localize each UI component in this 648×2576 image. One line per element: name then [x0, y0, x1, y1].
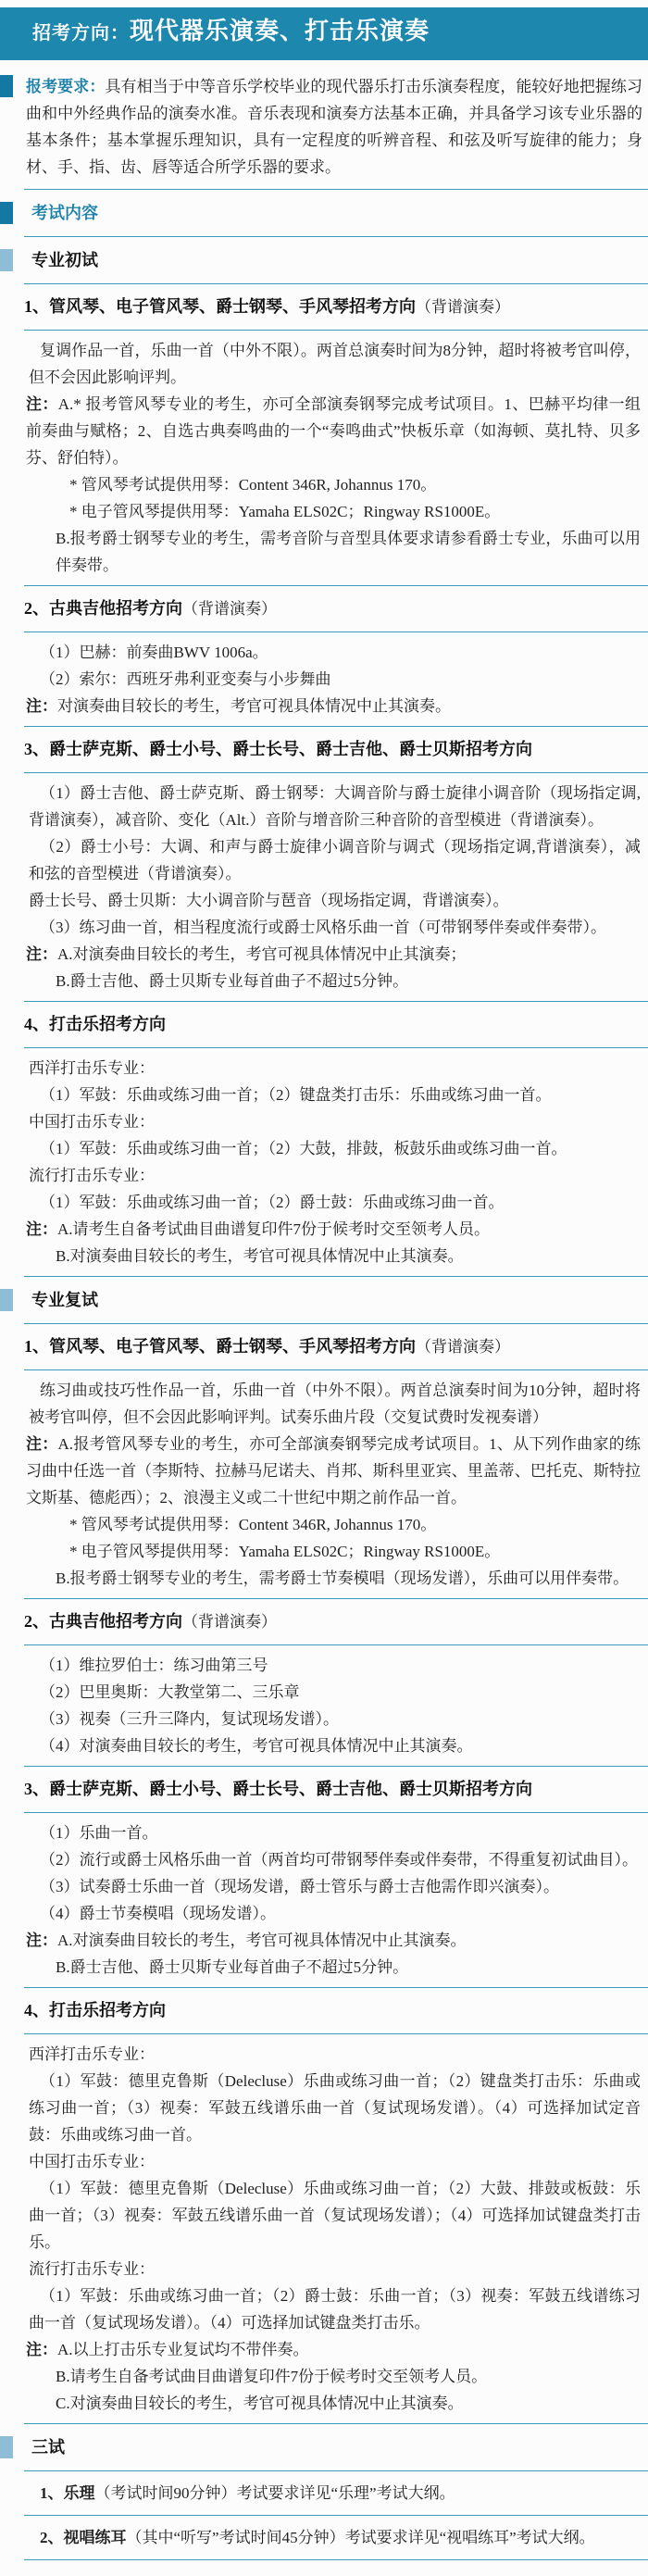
- doc-paragraph: B.请考生自备考试曲目曲谱复印件7份于候考时交至领考人员。: [24, 2363, 648, 2390]
- subsection-header: 专业复试: [24, 1283, 648, 1317]
- document-content: 报考要求：具有相当于中等音乐学校毕业的现代器乐打击乐演奏程度，能较好地把握练习曲…: [24, 60, 648, 2560]
- doc-paragraph-text: * 电子管风琴提供用琴：Yamaha ELS02C；Ringway RS1000…: [69, 503, 500, 520]
- doc-paragraph: * 管风琴考试提供用琴：Content 346R, Johannus 170。: [24, 1511, 648, 1538]
- doc-paragraph-text: B.报考爵士钢琴专业的考生，需考音阶与音型具体要求请参看爵士专业，乐曲可以用伴奏…: [56, 530, 641, 574]
- doc-paragraph-text: （1）维拉罗伯士：练习曲第三号: [40, 1657, 268, 1674]
- doc-paragraph-text: * 管风琴考试提供用琴：Content 346R, Johannus 170。: [69, 476, 436, 494]
- section-label: 专业初试: [31, 251, 98, 269]
- doc-paragraph: （3）视奏（三升三降内，复试现场发谱）。: [24, 1706, 648, 1732]
- exam-item-title: 2、视唱练耳: [40, 2529, 127, 2546]
- doc-paragraph: 注：A.请考生自备考试曲目曲谱复印件7份于候考时交至领考人员。: [24, 1216, 648, 1243]
- doc-paragraph: （3）练习曲一首，相当程度流行或爵士风格乐曲一首（可带钢琴伴奏或伴奏带）。: [24, 914, 648, 941]
- numbered-heading: 4、打击乐招考方向: [24, 1008, 648, 1041]
- doc-paragraph-text: * 电子管风琴提供用琴：Yamaha ELS02C；Ringway RS1000…: [69, 1543, 500, 1560]
- numbered-heading: 2、古典吉他招考方向（背谱演奏）: [24, 1606, 648, 1638]
- doc-paragraph-text: （1）军鼓：乐曲或练习曲一首；（2）键盘类打击乐：乐曲或练习曲一首。: [40, 1086, 552, 1104]
- doc-paragraph-text: （4）爵士节奏模唱（现场发谱）。: [40, 1905, 276, 1922]
- doc-paragraph-text: 中国打击乐专业：: [29, 2153, 155, 2170]
- doc-paragraph: （1）军鼓：乐曲或练习曲一首；（2）大鼓，排鼓，板鼓乐曲或练习曲一首。: [24, 1135, 648, 1162]
- doc-paragraph: C.对演奏曲目较长的考生，考官可视具体情况中止其演奏。: [24, 2390, 648, 2417]
- page-title-label: 招考方向：: [32, 23, 130, 44]
- section-divider: [24, 1276, 648, 1277]
- numbered-heading-title: 1、管风琴、电子管风琴、爵士钢琴、手风琴招考方向: [24, 1337, 416, 1356]
- note-label: 注：: [26, 945, 57, 963]
- note-label: 注：: [26, 697, 57, 715]
- numbered-heading-title: 1、管风琴、电子管风琴、爵士钢琴、手风琴招考方向: [24, 297, 416, 316]
- section-divider: [24, 330, 648, 331]
- doc-paragraph-text: （2）索尔：西班牙弗利亚变奏与小步舞曲: [40, 670, 331, 688]
- doc-paragraph-text: （1）巴赫：前奏曲BWV 1006a。: [40, 644, 268, 661]
- numbered-heading-title: 4、打击乐招考方向: [24, 1015, 166, 1033]
- doc-paragraph: B.爵士吉他、爵士贝斯专业每首曲子不超过5分钟。: [24, 1954, 648, 1981]
- doc-paragraph: （2）爵士小号：大调、和声与爵士旋律小调音阶与调式（现场指定调,背谱演奏），减和…: [24, 833, 648, 887]
- numbered-heading-suffix: （背谱演奏）: [182, 1613, 277, 1631]
- requirements-text: 具有相当于中等音乐学校毕业的现代器乐打击乐演奏程度，能较好地把握练习曲和中外经典…: [26, 78, 642, 176]
- doc-paragraph: （1）巴赫：前奏曲BWV 1006a。: [24, 639, 648, 666]
- page-header: 招考方向：现代器乐演奏、打击乐演奏: [0, 7, 648, 60]
- section-divider: [24, 1369, 648, 1370]
- doc-paragraph-text: （3）视奏（三升三降内，复试现场发谱）。: [40, 1710, 339, 1728]
- doc-paragraph-text: B.爵士吉他、爵士贝斯专业每首曲子不超过5分钟。: [56, 1958, 408, 1976]
- document-page: 招考方向：现代器乐演奏、打击乐演奏 报考要求：具有相当于中等音乐学校毕业的现代器…: [0, 7, 648, 2576]
- doc-paragraph: 注：A.报考管风琴专业的考生，亦可全部演奏钢琴完成考试项目。1、从下列作曲家的练…: [24, 1431, 648, 1511]
- numbered-heading-title: 3、爵士萨克斯、爵士小号、爵士长号、爵士吉他、爵士贝斯招考方向: [24, 740, 532, 758]
- doc-paragraph-text: 中国打击乐专业：: [29, 1113, 155, 1131]
- doc-paragraph: 复调作品一首，乐曲一首（中外不限）。两首总演奏时间为8分钟，超时将被考官叫停，但…: [24, 337, 648, 391]
- doc-paragraph: 爵士长号、爵士贝斯：大小调音阶与琶音（现场指定调，背谱演奏）。: [24, 887, 648, 914]
- doc-paragraph: 练习曲或技巧性作品一首，乐曲一首（中外不限）。两首总演奏时间为10分钟，超时将被…: [24, 1377, 648, 1431]
- numbered-heading-title: 2、古典吉他招考方向: [24, 1612, 182, 1631]
- section-divider: [24, 236, 648, 237]
- doc-paragraph-text: （2）巴里奥斯：大教堂第二、三乐章: [40, 1683, 300, 1701]
- doc-paragraph-text: A.以上打击乐专业复试均不带伴奏。: [57, 2341, 309, 2358]
- exam-item-text: （其中“听写”考试时间45分钟）考试要求详见“视唱练耳”考试大纲。: [127, 2529, 595, 2546]
- doc-paragraph-text: B.对演奏曲目较长的考生，考官可视具体情况中止其演奏。: [56, 1247, 464, 1265]
- note-label: 注：: [26, 1932, 57, 1949]
- doc-paragraph: 西洋打击乐专业：: [24, 1055, 648, 1082]
- doc-paragraph-text: B.请考生自备考试曲目曲谱复印件7份于候考时交至领考人员。: [56, 2368, 487, 2385]
- subsection-header: 专业初试: [24, 244, 648, 277]
- numbered-heading: 4、打击乐招考方向: [24, 1995, 648, 2027]
- doc-paragraph-text: （1）军鼓：乐曲或练习曲一首；（2）爵士鼓：乐曲一首；（3）视奏：军鼓五线谱练习…: [29, 2287, 641, 2332]
- numbered-heading: 1、管风琴、电子管风琴、爵士钢琴、手风琴招考方向（背谱演奏）: [24, 1331, 648, 1363]
- doc-paragraph-text: 西洋打击乐专业：: [29, 1059, 155, 1077]
- numbered-heading: 3、爵士萨克斯、爵士小号、爵士长号、爵士吉他、爵士贝斯招考方向: [24, 1773, 648, 1806]
- note-label: 注：: [26, 1435, 58, 1453]
- doc-paragraph-text: A.对演奏曲目较长的考生，考官可视具体情况中止其演奏。: [57, 1932, 467, 1949]
- section-label: 专业复试: [31, 1291, 98, 1309]
- doc-paragraph-text: （2）爵士小号：大调、和声与爵士旋律小调音阶与调式（现场指定调,背谱演奏），减和…: [29, 838, 641, 882]
- note-label: 注：: [26, 395, 58, 413]
- doc-paragraph-text: 对演奏曲目较长的考生，考官可视具体情况中止其演奏。: [57, 697, 451, 715]
- section-divider: [24, 2033, 648, 2034]
- doc-paragraph: （2）流行或爵士风格乐曲一首（两首均可带钢琴伴奏或伴奏带，不得重复初试曲目）。: [24, 1846, 648, 1873]
- section-divider: [24, 585, 648, 586]
- numbered-heading: 3、爵士萨克斯、爵士小号、爵士长号、爵士吉他、爵士贝斯招考方向: [24, 733, 648, 766]
- doc-paragraph-text: 流行打击乐专业：: [29, 2260, 155, 2278]
- doc-paragraph-text: （1）军鼓：德里克鲁斯（Delecluse）乐曲或练习曲一首；（2）大鼓、排鼓或…: [29, 2180, 641, 2251]
- numbered-heading-suffix: （背谱演奏）: [416, 1338, 510, 1356]
- doc-paragraph: （4）对演奏曲目较长的考生，考官可视具体情况中止其演奏。: [24, 1732, 648, 1759]
- exam-item-title: 1、乐理: [40, 2484, 95, 2502]
- doc-paragraph-text: 练习曲或技巧性作品一首，乐曲一首（中外不限）。两首总演奏时间为10分钟，超时将被…: [29, 1382, 641, 1426]
- section-divider: [24, 1598, 648, 1599]
- doc-paragraph: （1）乐曲一首。: [24, 1819, 648, 1846]
- doc-paragraph-text: A.请考生自备考试曲目曲谱复印件7份于候考时交至领考人员。: [57, 1220, 490, 1238]
- doc-paragraph-text: B.爵士吉他、爵士贝斯专业每首曲子不超过5分钟。: [56, 972, 408, 990]
- doc-paragraph: （1）军鼓：德里克鲁斯（Delecluse）乐曲或练习曲一首；（2）大鼓、排鼓或…: [24, 2175, 648, 2256]
- requirements-block: 报考要求：具有相当于中等音乐学校毕业的现代器乐打击乐演奏程度，能较好地把握练习曲…: [24, 71, 648, 182]
- section-divider: [24, 1987, 648, 1988]
- doc-paragraph-text: （1）军鼓：德里克鲁斯（Delecluse）乐曲或练习曲一首；（2）键盘类打击乐…: [29, 2072, 641, 2144]
- section-divider: [24, 1644, 648, 1645]
- section-bullet-icon: [0, 75, 13, 97]
- section-divider: [24, 2515, 648, 2516]
- numbered-heading-suffix: （背谱演奏）: [416, 298, 510, 316]
- doc-paragraph-text: A.报考管风琴专业的考生，亦可全部演奏钢琴完成考试项目。1、从下列作曲家的练习曲…: [26, 1435, 641, 1507]
- doc-paragraph: B.对演奏曲目较长的考生，考官可视具体情况中止其演奏。: [24, 1243, 648, 1269]
- doc-paragraph: （2）索尔：西班牙弗利亚变奏与小步舞曲: [24, 666, 648, 693]
- requirements-label: 报考要求：: [26, 78, 105, 95]
- doc-paragraph-text: * 管风琴考试提供用琴：Content 346R, Johannus 170。: [69, 1516, 436, 1533]
- section-divider: [24, 1001, 648, 1002]
- doc-paragraph-text: 西洋打击乐专业：: [29, 2045, 155, 2063]
- doc-paragraph-text: （2）流行或爵士风格乐曲一首（两首均可带钢琴伴奏或伴奏带，不得重复初试曲目）。: [40, 1851, 638, 1869]
- section-divider: [24, 772, 648, 773]
- numbered-heading-title: 3、爵士萨克斯、爵士小号、爵士长号、爵士吉他、爵士贝斯招考方向: [24, 1780, 532, 1798]
- numbered-heading: 2、古典吉他招考方向（背谱演奏）: [24, 593, 648, 625]
- doc-paragraph-text: （1）军鼓：乐曲或练习曲一首；（2）大鼓，排鼓，板鼓乐曲或练习曲一首。: [40, 1140, 567, 1157]
- doc-paragraph: 西洋打击乐专业：: [24, 2041, 648, 2068]
- page-title: 现代器乐演奏、打击乐演奏: [130, 18, 430, 44]
- doc-paragraph: （2）巴里奥斯：大教堂第二、三乐章: [24, 1679, 648, 1706]
- numbered-heading: 1、管风琴、电子管风琴、爵士钢琴、手风琴招考方向（背谱演奏）: [24, 291, 648, 323]
- doc-paragraph: 注：A.* 报考管风琴专业的考生，亦可全部演奏钢琴完成考试项目。1、巴赫平均律一…: [24, 391, 648, 471]
- doc-paragraph: 注：A.对演奏曲目较长的考生，考官可视具体情况中止其演奏；: [24, 941, 648, 968]
- doc-paragraph: * 电子管风琴提供用琴：Yamaha ELS02C；Ringway RS1000…: [24, 498, 648, 525]
- doc-paragraph: 注：A.以上打击乐专业复试均不带伴奏。: [24, 2336, 648, 2363]
- section-label: 考试内容: [31, 204, 98, 222]
- doc-paragraph: 中国打击乐专业：: [24, 2148, 648, 2175]
- numbered-heading-title: 4、打击乐招考方向: [24, 2001, 166, 2020]
- exam-item-text: （考试时间90分钟）考试要求详见“乐理”考试大纲。: [95, 2484, 455, 2502]
- doc-paragraph-text: （1）爵士吉他、爵士萨克斯、爵士钢琴：大调音阶与爵士旋律小调音阶（现场指定调,背…: [29, 784, 641, 829]
- section-divider: [24, 1047, 648, 1048]
- doc-paragraph: B.爵士吉他、爵士贝斯专业每首曲子不超过5分钟。: [24, 968, 648, 994]
- doc-paragraph: B.报考爵士钢琴专业的考生，需考音阶与音型具体要求请参看爵士专业，乐曲可以用伴奏…: [24, 525, 648, 579]
- section-divider: [24, 1766, 648, 1767]
- doc-paragraph: （1）军鼓：乐曲或练习曲一首；（2）键盘类打击乐：乐曲或练习曲一首。: [24, 1082, 648, 1108]
- section-divider: [24, 726, 648, 727]
- section-divider: [24, 2559, 648, 2560]
- numbered-heading-suffix: （背谱演奏）: [182, 600, 277, 618]
- note-label: 注：: [26, 1220, 57, 1238]
- section-label: 三试: [31, 2438, 65, 2457]
- doc-paragraph-text: （1）乐曲一首。: [40, 1824, 158, 1842]
- doc-paragraph-text: （3）练习曲一首，相当程度流行或爵士风格乐曲一首（可带钢琴伴奏或伴奏带）。: [40, 919, 606, 936]
- subsection-header: 三试: [24, 2431, 648, 2464]
- section-divider: [24, 631, 648, 632]
- exam-item: 2、视唱练耳（其中“听写”考试时间45分钟）考试要求详见“视唱练耳”考试大纲。: [24, 2522, 648, 2553]
- doc-paragraph: （1）爵士吉他、爵士萨克斯、爵士钢琴：大调音阶与爵士旋律小调音阶（现场指定调,背…: [24, 780, 648, 833]
- doc-paragraph: （1）维拉罗伯士：练习曲第三号: [24, 1652, 648, 1679]
- section-bullet-icon: [0, 1289, 13, 1311]
- doc-paragraph-text: 爵士长号、爵士贝斯：大小调音阶与琶音（现场指定调，背谱演奏）。: [29, 892, 509, 909]
- section-divider: [24, 283, 648, 284]
- doc-paragraph: * 管风琴考试提供用琴：Content 346R, Johannus 170。: [24, 471, 648, 498]
- section-bullet-icon: [0, 249, 13, 271]
- section-bullet-icon: [0, 2436, 13, 2458]
- doc-paragraph-text: （3）试奏爵士乐曲一首（现场发谱，爵士管乐与爵士吉他需作即兴演奏）。: [40, 1878, 559, 1895]
- doc-paragraph-text: 复调作品一首，乐曲一首（中外不限）。两首总演奏时间为8分钟，超时将被考官叫停，但…: [29, 342, 641, 386]
- section-divider: [24, 189, 648, 190]
- numbered-heading-title: 2、古典吉他招考方向: [24, 599, 182, 618]
- doc-paragraph: （3）试奏爵士乐曲一首（现场发谱，爵士管乐与爵士吉他需作即兴演奏）。: [24, 1873, 648, 1900]
- section-bullet-icon: [0, 202, 13, 224]
- doc-paragraph: B.报考爵士钢琴专业的考生，需考爵士节奏模唱（现场发谱），乐曲可以用伴奏带。: [24, 1565, 648, 1592]
- doc-paragraph-text: A.* 报考管风琴专业的考生，亦可全部演奏钢琴完成考试项目。1、巴赫平均律一组前…: [26, 395, 641, 467]
- doc-paragraph-text: C.对演奏曲目较长的考生，考官可视具体情况中止其演奏。: [56, 2395, 464, 2412]
- doc-paragraph: 注：A.对演奏曲目较长的考生，考官可视具体情况中止其演奏。: [24, 1927, 648, 1954]
- doc-paragraph-text: （1）军鼓：乐曲或练习曲一首；（2）爵士鼓：乐曲或练习曲一首。: [40, 1194, 505, 1211]
- doc-paragraph: （1）军鼓：乐曲或练习曲一首；（2）爵士鼓：乐曲一首；（3）视奏：军鼓五线谱练习…: [24, 2282, 648, 2336]
- note-label: 注：: [26, 2341, 57, 2358]
- exam-item: 1、乐理（考试时间90分钟）考试要求详见“乐理”考试大纲。: [24, 2478, 648, 2508]
- doc-paragraph-text: A.对演奏曲目较长的考生，考官可视具体情况中止其演奏；: [57, 945, 467, 963]
- section-divider: [24, 1323, 648, 1324]
- section-header: 考试内容: [24, 196, 648, 230]
- doc-paragraph-text: B.报考爵士钢琴专业的考生，需考爵士节奏模唱（现场发谱），乐曲可以用伴奏带。: [56, 1569, 629, 1587]
- doc-paragraph: 注：对演奏曲目较长的考生，考官可视具体情况中止其演奏。: [24, 693, 648, 719]
- section-divider: [24, 1812, 648, 1813]
- doc-paragraph: * 电子管风琴提供用琴：Yamaha ELS02C；Ringway RS1000…: [24, 1538, 648, 1565]
- doc-paragraph: 流行打击乐专业：: [24, 1162, 648, 1189]
- doc-paragraph-text: （4）对演奏曲目较长的考生，考官可视具体情况中止其演奏。: [40, 1737, 473, 1755]
- section-divider: [24, 2423, 648, 2424]
- doc-paragraph-text: 流行打击乐专业：: [29, 1167, 155, 1184]
- doc-paragraph: （1）军鼓：德里克鲁斯（Delecluse）乐曲或练习曲一首；（2）键盘类打击乐…: [24, 2068, 648, 2148]
- doc-paragraph: 中国打击乐专业：: [24, 1108, 648, 1135]
- doc-paragraph: 流行打击乐专业：: [24, 2256, 648, 2282]
- doc-paragraph: （4）爵士节奏模唱（现场发谱）。: [24, 1900, 648, 1927]
- doc-paragraph: （1）军鼓：乐曲或练习曲一首；（2）爵士鼓：乐曲或练习曲一首。: [24, 1189, 648, 1216]
- section-divider: [24, 2470, 648, 2471]
